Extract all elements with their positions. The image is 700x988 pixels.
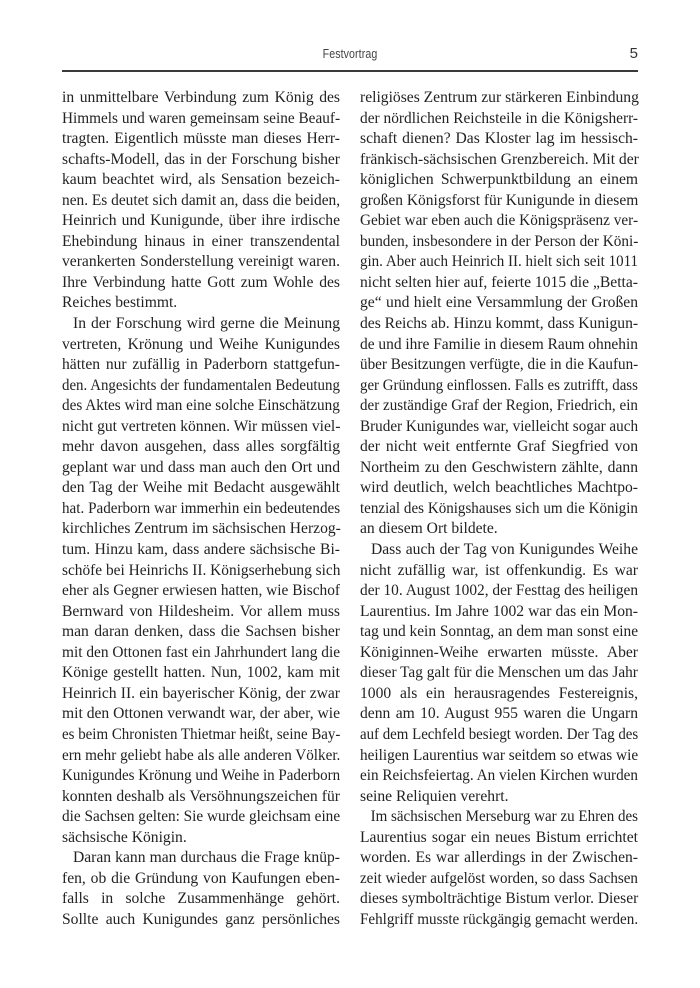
page-number: 5 bbox=[630, 45, 638, 62]
text-line: man daran denken, dass die Sachsen bishe… bbox=[62, 622, 340, 643]
text-line: der zuständige Graf der Region, Friedric… bbox=[360, 396, 638, 417]
text-line: schöfe bei Heinrichs II. Königserhebung … bbox=[62, 561, 340, 582]
text-line: wird deutlich, welch beachtliches Machtp… bbox=[360, 478, 638, 499]
text-line: ein Reichsfeiertag. An vielen Kirchen wu… bbox=[360, 766, 638, 787]
text-line: Kunigundes Krönung und Weihe in Paderbor… bbox=[62, 766, 340, 787]
text-line: ge“ und hielt eine Versammlung der Große… bbox=[360, 293, 638, 314]
text-line: 1000 als ein herausragendes Festereignis… bbox=[360, 684, 638, 705]
text-line: worden. Es war allerdings in der Zwische… bbox=[360, 848, 638, 869]
right-column: religiöses Zentrum zur stärkeren Einbind… bbox=[360, 88, 638, 930]
text-line: Heinrich und Kunigunde, über ihre irdisc… bbox=[62, 211, 340, 232]
text-line: Fehlgriff musste rückgängig gemacht werd… bbox=[360, 910, 638, 931]
text-line: dieses symbolträchtige Bistum verlor. Di… bbox=[360, 889, 638, 910]
text-line: nicht selten hier auf, feierte 1015 die … bbox=[360, 273, 638, 294]
text-line: nicht gut vertreten können. Wir müssen v… bbox=[62, 417, 340, 438]
text-line: Northeim zu den Geschwistern zählte, dan… bbox=[360, 458, 638, 479]
text-line: nicht zufällig war, ist offenkundig. Es … bbox=[360, 561, 638, 582]
text-line: tenzial des Königshauses sich um die Kön… bbox=[360, 499, 638, 520]
text-line: hätten nur zufällig in Paderborn stattge… bbox=[62, 355, 340, 376]
running-head: Festvortrag 5 bbox=[62, 47, 638, 67]
text-line: Reiches bestimmt. bbox=[62, 293, 340, 314]
text-line: fränkisch-sächsischen Grenzbereich. Mit … bbox=[360, 150, 638, 171]
text-line: verankerten Sonderstellung vereinigt war… bbox=[62, 252, 340, 273]
text-line: kaum beachtet wird, als Sensation bezeic… bbox=[62, 170, 340, 191]
text-line: der nördlichen Reichsteile in die Königs… bbox=[360, 109, 638, 130]
text-line: gin. Aber auch Heinrich II. hielt sich s… bbox=[360, 252, 638, 273]
text-line: Laurentius. Im Jahre 1002 war das ein Mo… bbox=[360, 602, 638, 623]
text-line: mit den Ottonen fast ein Jahrhundert lan… bbox=[62, 643, 340, 664]
text-line: fen, ob die Gründung von Kaufungen eben- bbox=[62, 869, 340, 890]
text-line: den Tag der Weihe mit Bedacht ausgewählt bbox=[62, 478, 340, 499]
text-line: Bruder Kunigundes war, vielleicht sogar … bbox=[360, 417, 638, 438]
text-line: schaft dienen? Das Kloster lag im hessis… bbox=[360, 129, 638, 150]
text-line: ern mehr geliebt habe als alle anderen V… bbox=[62, 746, 340, 767]
text-line: Himmels und waren gemeinsam seine Beauf- bbox=[62, 109, 340, 130]
text-line: eher als Gegner erwiesen hatten, wie Bis… bbox=[62, 581, 340, 602]
text-line: heiligen Laurentius war seitdem so etwas… bbox=[360, 746, 638, 767]
text-line: nen. Es deutet sich damit an, dass die b… bbox=[62, 191, 340, 212]
text-line: Heinrich II. ein bayerischer König, der … bbox=[62, 684, 340, 705]
text-line: an diesem Ort bildete. bbox=[360, 519, 638, 540]
text-line: in unmittelbare Verbindung zum König des bbox=[62, 88, 340, 109]
text-line: sächsische Königin. bbox=[62, 828, 340, 849]
text-line: seine Reliquien verehrt. bbox=[360, 787, 638, 808]
text-line: des Aktes wird man eine solche Einschätz… bbox=[62, 396, 340, 417]
text-line: Königinnen-Weihe erwarten müsste. Aber bbox=[360, 643, 638, 664]
text-line: hat. Paderborn war immerhin ein bedeuten… bbox=[62, 499, 340, 520]
text-line: Bernward von Hildesheim. Vor allem muss bbox=[62, 602, 340, 623]
text-line: de und ihre Familie in diesem Raum ohneh… bbox=[360, 335, 638, 356]
text-line: tum. Hinzu kam, dass andere sächsische B… bbox=[62, 540, 340, 561]
text-line: Laurentius sogar ein neues Bistum errich… bbox=[360, 828, 638, 849]
text-line: Dass auch der Tag von Kunigundes Weihe bbox=[360, 540, 638, 561]
text-line: der 10. August 1002, der Festtag des hei… bbox=[360, 581, 638, 602]
text-line: bunden, insbesondere in der Person der K… bbox=[360, 232, 638, 253]
text-line: mit den Ottonen verwandt war, der aber, … bbox=[62, 704, 340, 725]
text-line: dieser Tag galt für die Menschen um das … bbox=[360, 663, 638, 684]
header-rule bbox=[62, 70, 638, 72]
text-line: auf dem Lechfeld besiegt worden. Der Tag… bbox=[360, 725, 638, 746]
left-column: in unmittelbare Verbindung zum König des… bbox=[62, 88, 340, 930]
text-line: schafts-Modell, das in der Forschung bis… bbox=[62, 150, 340, 171]
running-title: Festvortrag bbox=[105, 47, 595, 61]
text-line: geplant war und dass man auch den Ort un… bbox=[62, 458, 340, 479]
text-line: Ihre Verbindung hatte Gott zum Wohle des bbox=[62, 273, 340, 294]
text-line: die Sachsen gelten: Sie wurde gleichsam … bbox=[62, 807, 340, 828]
text-line: Daran kann man durchaus die Frage knüp- bbox=[62, 848, 340, 869]
text-line: großen Königsforst für Kunigunde in dies… bbox=[360, 191, 638, 212]
text-line: konnten deshalb als Versöhnungszeichen f… bbox=[62, 787, 340, 808]
text-line: den. Angesichts der fundamentalen Bedeut… bbox=[62, 376, 340, 397]
text-line: kirchliches Zentrum im sächsischen Herzo… bbox=[62, 519, 340, 540]
text-line: der nicht weit entfernte Graf Siegfried … bbox=[360, 437, 638, 458]
text-line: Im sächsischen Merseburg war zu Ehren de… bbox=[360, 807, 638, 828]
text-line: tag und kein Sonntag, an dem man sonst e… bbox=[360, 622, 638, 643]
text-line: Sollte auch Kunigundes ganz persönliches bbox=[62, 910, 340, 931]
text-line: über Besitzungen verfügte, die in die Ka… bbox=[360, 355, 638, 376]
text-line: es beim Chronisten Thietmar heißt, seine… bbox=[62, 725, 340, 746]
text-line: Könige gestellt hatten. Nun, 1002, kam m… bbox=[62, 663, 340, 684]
text-line: königlichen Schwerpunktbildung an einem bbox=[360, 170, 638, 191]
text-line: denn am 10. August 955 waren die Ungarn bbox=[360, 704, 638, 725]
document-page: Festvortrag 5 in unmittelbare Verbindung… bbox=[0, 0, 700, 988]
text-line: tragten. Eigentlich müsste man dieses He… bbox=[62, 129, 340, 150]
text-line: In der Forschung wird gerne die Meinung bbox=[62, 314, 340, 335]
text-line: falls in solche Zusammenhänge gehört. bbox=[62, 889, 340, 910]
text-line: ger Gründung einflossen. Falls es zutrif… bbox=[360, 376, 638, 397]
text-line: zeit wieder aufgelöst worden, so dass Sa… bbox=[360, 869, 638, 890]
text-line: Gebiet war eben auch die Königspräsenz v… bbox=[360, 211, 638, 232]
text-line: des Reichs ab. Hinzu kommt, dass Kunigun… bbox=[360, 314, 638, 335]
text-line: Ehebindung hinaus in einer transzendenta… bbox=[62, 232, 340, 253]
text-line: vertreten, Krönung und Weihe Kunigundes bbox=[62, 335, 340, 356]
text-line: mehr davon ausgehen, dass alles sorgfält… bbox=[62, 437, 340, 458]
text-line: religiöses Zentrum zur stärkeren Einbind… bbox=[360, 88, 638, 109]
